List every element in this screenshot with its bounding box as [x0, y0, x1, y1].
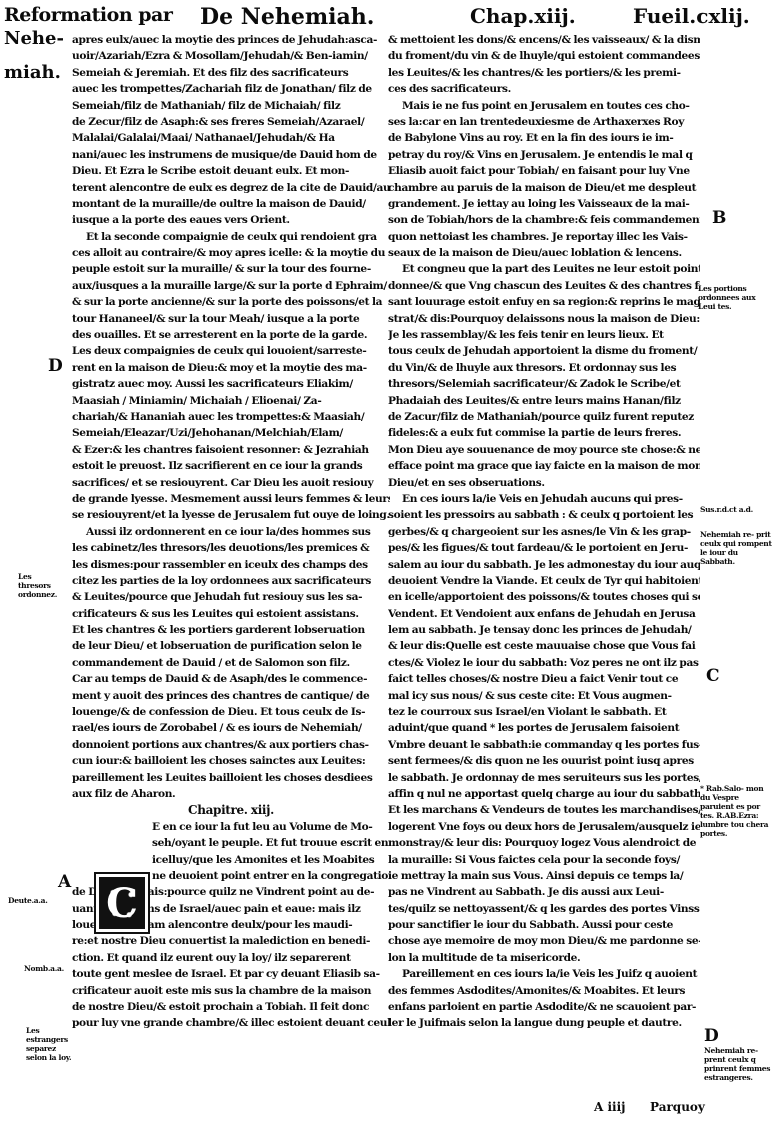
text-line: Et congneu que la part des Leuites ne le…	[388, 261, 700, 277]
text-line: sant louurage estoit enfuy en sa region:…	[388, 294, 700, 310]
text-line: aux filz de Aharon.	[72, 786, 390, 802]
text-line: affin q nul ne apportast quelq charge au…	[388, 786, 700, 802]
text-line: le sabbath. Je ordonnay de mes seruiteur…	[388, 770, 700, 786]
text-line: de grande lyesse. Mesmement aussi leurs …	[72, 491, 390, 507]
text-line: pas ne Vindrent au Sabbath. Je dis aussi…	[388, 884, 700, 900]
decorated-initial: C	[94, 872, 150, 934]
text-line: ces alloit au contraire/& moy apres icel…	[72, 245, 390, 261]
text-line: ler le Juifmais selon la langue dung peu…	[388, 1015, 700, 1031]
margin-note-strangers: Les estrangers separez selon la loy.	[26, 1026, 72, 1062]
side-name-top: Nehe-	[4, 28, 64, 49]
folio-number: Fueil.cxlij.	[633, 4, 750, 28]
text-line: pour sanctifier le iour du Sabbath. Auss…	[388, 917, 700, 933]
text-line: pour luy vne grande chambre/& illec esto…	[72, 1015, 390, 1031]
text-line: logerent Vne foys ou deux hors de Jerusa…	[388, 819, 700, 835]
text-line: seh/oyant le peuple. Et fut trouue escri…	[72, 835, 390, 851]
text-line: Semeiah/filz de Mathaniah/ filz de Micha…	[72, 98, 390, 114]
text-line: de Zacur/filz de Mathaniah/pource quilz …	[388, 409, 700, 425]
text-line: Vendent. Et Vendoient aux enfans de Jehu…	[388, 606, 700, 622]
text-line: nani/auec les instrumens de musique/de D…	[72, 147, 390, 163]
text-line: louenge/& de confession de Dieu. Et tous…	[72, 704, 390, 720]
text-line: uoir/Azariah/Ezra & Mosollam/Jehudah/& B…	[72, 48, 390, 64]
text-line: des ouailles. Et se arresterent en la po…	[72, 327, 390, 343]
initial-letter: C	[106, 880, 138, 927]
text-line: Semeiah/Eleazar/Uzi/Jehohanan/Melchiah/E…	[72, 425, 390, 441]
text-line: lon la multitude de ta misericorde.	[388, 950, 700, 966]
section-letter-c: C	[706, 666, 720, 686]
text-line: Et la seconde compaignie de ceulx qui re…	[72, 229, 390, 245]
text-line: E en ce iour la fut leu au Volume de Mo-	[72, 819, 390, 835]
text-line: monstray/& leur dis: Pourquoy logez Vous…	[388, 835, 700, 851]
text-line: ses la:car en lan trentedeuxiesme de Art…	[388, 114, 700, 130]
text-line: & leur dis:Quelle est ceste mauuaise cho…	[388, 638, 700, 654]
text-line: Je les rassemblay/& les feis tenir en le…	[388, 327, 700, 343]
section-letter-a: A	[58, 872, 71, 892]
text-line: de leur Dieu/ et lobseruation de purific…	[72, 638, 390, 654]
margin-note-treasures: Les thresors ordonnez.	[18, 572, 62, 599]
text-line: rael/es iours de Zorobabel / & es iours …	[72, 720, 390, 736]
text-line: fideles:& a eulx fut commise la partie d…	[388, 425, 700, 441]
text-line: Eliasib auoit faict pour Tobiah/ en fais…	[388, 163, 700, 179]
text-line: les Leuites/& les chantres/& les portier…	[388, 65, 700, 81]
margin-note-reference: Sus.r.d.ct a.d.	[700, 505, 760, 514]
text-line: montant de la muraille/de oultre la mais…	[72, 196, 390, 212]
text-line: gerbes/& q chargeoient sur les asnes/le …	[388, 524, 700, 540]
text-line: Mon Dieu aye souuenance de moy pource st…	[388, 442, 700, 458]
text-line: faict telles choses/& nostre Dieu a faic…	[388, 671, 700, 687]
text-line: Malalai/Galalai/Maai/ Nathanael/Jehudah/…	[72, 130, 390, 146]
catchword: Parquoy	[650, 1100, 705, 1114]
text-line: sacrifices/ et se resiouyrent. Car Dieu …	[72, 475, 390, 491]
text-line: commandement de Dauid / et de Salomon so…	[72, 655, 390, 671]
text-line: chose aye memoire de moy mon Dieu/& me p…	[388, 933, 700, 949]
text-line: lem au sabbath. Je tensay donc les princ…	[388, 622, 700, 638]
margin-note-foreign-wives: Nehemiah re- prent ceulx q prinrent femm…	[704, 1046, 774, 1082]
text-line: thresors/Selemiah sacrificateur/& Zadok …	[388, 376, 700, 392]
text-line: crificateur auoit este mis sus la chambr…	[72, 983, 390, 999]
text-line: enfans parloient en partie Asdodite/& ne…	[388, 999, 700, 1015]
text-line: Dieu/et en ses obseruations.	[388, 475, 700, 491]
text-line: soient les pressoirs au sabbath : & ceul…	[388, 507, 700, 523]
text-line: quon nettoiast les chambres. Je reportay…	[388, 229, 700, 245]
text-line: du froment/du vin & de lhuyle/qui estoie…	[388, 48, 700, 64]
text-line: toute gent meslee de Israel. Et par cy d…	[72, 966, 390, 982]
text-line: auec les trompettes/Zachariah filz de Jo…	[72, 81, 390, 97]
running-head: Reformation par De Nehemiah. Chap.xiij. …	[0, 0, 780, 34]
running-head-book: De Nehemiah.	[200, 4, 374, 30]
text-line: sent fermees/& dis quon ne les ouurist p…	[388, 753, 700, 769]
text-line: peuple estoit sur la muraille/ & sur la …	[72, 261, 390, 277]
text-line: seaux de la maison de Dieu/auec loblatio…	[388, 245, 700, 261]
text-line: estoit le preuost. Ilz sacrifierent en c…	[72, 458, 390, 474]
text-line: efface point ma grace que iay faicte en …	[388, 458, 700, 474]
text-line: Maasiah / Miniamin/ Michaiah / Elioenai/…	[72, 393, 390, 409]
text-line: ie mettray la main sus Vous. Ainsi depui…	[388, 868, 700, 884]
text-line: deuoient Vendre la Viande. Et ceulx de T…	[388, 573, 700, 589]
text-line: En ces iours la/ie Veis en Jehudah aucun…	[388, 491, 700, 507]
running-head-left: Reformation par	[4, 4, 172, 26]
text-line: Mais ie ne fus point en Jerusalem en tou…	[388, 98, 700, 114]
text-line: Dieu. Et Ezra le Scribe estoit deuant eu…	[72, 163, 390, 179]
text-line: de nostre Dieu/& estoit prochain a Tobia…	[72, 999, 390, 1015]
text-line: crificateurs & sus les Leuites qui estoi…	[72, 606, 390, 622]
text-line: terent alencontre de eulx es degrez de l…	[72, 180, 390, 196]
text-line: & mettoient les dons/& encens/& les vais…	[388, 32, 700, 48]
text-line: chambre au paruis de la maison de Dieu/e…	[388, 180, 700, 196]
text-line: Et les chantres & les portiers garderent…	[72, 622, 390, 638]
text-line: iusque a la porte des eaues vers Orient.	[72, 212, 390, 228]
text-line: de Zecur/filz de Asaph:& ses freres Seme…	[72, 114, 390, 130]
text-line: Pareillement en ces iours la/ie Veis les…	[388, 966, 700, 982]
text-line: donnoient portions aux chantres/& aux po…	[72, 737, 390, 753]
text-line: tez le courroux sus Israel/en Violant le…	[388, 704, 700, 720]
margin-note-deuteronomy: Deute.a.a.	[8, 896, 58, 905]
text-line: Vmbre deuant le sabbath:ie commanday q l…	[388, 737, 700, 753]
margin-note-numbers: Nomb.a.a.	[24, 964, 70, 973]
text-line: strat/& dis:Pourquoy delaissons nous la …	[388, 311, 700, 327]
text-line: grandement. Je iettay au loing les Vaiss…	[388, 196, 700, 212]
text-line: apres eulx/auec la moytie des princes de…	[72, 32, 390, 48]
text-line: chariah/& Hananiah auec les trompettes:&…	[72, 409, 390, 425]
text-line: tous ceulx de Jehudah apportoient la dis…	[388, 343, 700, 359]
text-line: ment y auoit des princes des chantres de…	[72, 688, 390, 704]
margin-note-portions: Les portions ordonnees aux Leui tes.	[698, 284, 768, 311]
margin-note-sabbath: Nehemiah re- prit ceulx qui rompent le i…	[700, 530, 772, 566]
text-line: de Babylone Vins au roy. Et en la fin de…	[388, 130, 700, 146]
right-text-column: & mettoient les dons/& encens/& les vais…	[388, 32, 700, 1032]
text-line: Aussi ilz ordonnerent en ce iour la/des …	[72, 524, 390, 540]
text-line: ctes/& Violez le iour du sabbath: Voz pe…	[388, 655, 700, 671]
text-line: aux/iusques a la muraille large/& sur la…	[72, 278, 390, 294]
margin-note-rab-salomon: * Rab.Salo- mon du Vespre paruient es po…	[700, 784, 772, 838]
text-line: citez les parties de la loy ordonnees au…	[72, 573, 390, 589]
text-line: & Leuites/pource que Jehudah fut resiouy…	[72, 589, 390, 605]
text-line: du Vin/& de lhuyle aux thresors. Et ordo…	[388, 360, 700, 376]
text-line: pes/& les figues/& tout fardeau/& le por…	[388, 540, 700, 556]
text-line: Semeiah & Jeremiah. Et des filz des sacr…	[72, 65, 390, 81]
section-letter-d-right: D	[704, 1026, 719, 1046]
text-line: pareillement les Leuites bailloient les …	[72, 770, 390, 786]
side-name-bottom: miah.	[4, 62, 61, 83]
text-line: Et les marchans & Vendeurs de toutes les…	[388, 802, 700, 818]
text-line: Phadaiah des Leuites/& entre leurs mains…	[388, 393, 700, 409]
text-line: les dismes:pour rassembler en iceulx des…	[72, 557, 390, 573]
text-line: ction. Et quand ilz eurent ouy la loy/ i…	[72, 950, 390, 966]
text-line: icelluy/que les Amonites et les Moabites	[72, 852, 390, 868]
text-line: se resiouyrent/et la lyesse de Jerusalem…	[72, 507, 390, 523]
text-line: rent en la maison de Dieu:& moy et la mo…	[72, 360, 390, 376]
text-line: & sur la porte ancienne/& sur la porte d…	[72, 294, 390, 310]
section-letter-b: B	[712, 208, 726, 228]
text-line: mal icy sus nous/ & sus ceste cite: Et V…	[388, 688, 700, 704]
text-line: petray du roy/& Vins en Jerusalem. Je en…	[388, 147, 700, 163]
text-line: en icelle/apportoient des poissons/& tou…	[388, 589, 700, 605]
text-line: ces des sacrificateurs.	[388, 81, 700, 97]
text-line: salem au iour du sabbath. Je les admones…	[388, 557, 700, 573]
text-line: tes/quilz se nettoyassent/& q les gardes…	[388, 901, 700, 917]
text-line: aduint/que quand * les portes de Jerusal…	[388, 720, 700, 736]
text-line: gistratz auec moy. Aussi les sacrificate…	[72, 376, 390, 392]
text-line: les cabinetz/les thresors/les deuotions/…	[72, 540, 390, 556]
book-page: Reformation par De Nehemiah. Chap.xiij. …	[0, 0, 780, 1127]
section-letter-d-left: D	[48, 356, 63, 376]
text-line: cun iour:& bailloient les choses saincte…	[72, 753, 390, 769]
running-head-chapter: Chap.xiij.	[470, 4, 576, 28]
text-line: tour Hananeel/& sur la tour Meah/ iusque…	[72, 311, 390, 327]
text-line: & Ezer:& les chantres faisoient resonner…	[72, 442, 390, 458]
text-line: donnee/& que Vng chascun des Leuites & d…	[388, 278, 700, 294]
text-line: son de Tobiah/hors de la chambre:& feis …	[388, 212, 700, 228]
chapter-heading: Chapitre. xiij.	[72, 802, 390, 818]
text-line: la muraille: Si Vous faictes cela pour l…	[388, 852, 700, 868]
signature-mark: A iiij	[594, 1100, 626, 1114]
text-line: des femmes Asdodites/Amonites/& Moabites…	[388, 983, 700, 999]
text-line: re:et nostre Dieu conuertist la maledict…	[72, 933, 390, 949]
text-line: Les deux compaignies de ceulx qui louoie…	[72, 343, 390, 359]
text-line: Car au temps de Dauid & de Asaph/des le …	[72, 671, 390, 687]
